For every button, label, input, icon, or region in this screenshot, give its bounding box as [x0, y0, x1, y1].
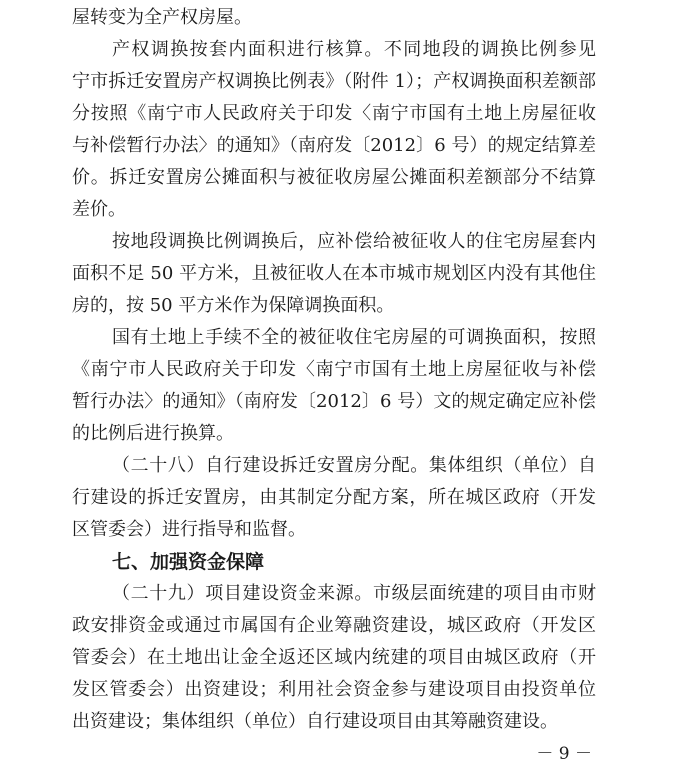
- text-line: 与补偿暂行办法〉的通知》（南府发〔2012〕6 号）的规定结算差: [72, 130, 596, 162]
- text-line: 产权调换按套内面积进行核算。不同地段的调换比例参见《南: [72, 34, 596, 66]
- text-line: 分按照《南宁市人民政府关于印发〈南宁市国有土地上房屋征收: [72, 98, 596, 130]
- text-line: 《南宁市人民政府关于印发〈南宁市国有土地上房屋征收与补偿: [72, 354, 596, 386]
- text-line: 管委会）在土地出让金全返还区域内统建的项目由城区政府（开: [72, 642, 596, 674]
- text-line: 按地段调换比例调换后，应补偿给被征收人的住宅房屋套内: [72, 226, 596, 258]
- text-line: 差价。: [72, 194, 596, 226]
- text-line: 政安排资金或通过市属国有企业筹融资建设，城区政府（开发区: [72, 610, 596, 642]
- text-line: 发区管委会）出资建设；利用社会资金参与建设项目由投资单位: [72, 674, 596, 706]
- text-line: 的比例后进行换算。: [72, 418, 596, 450]
- text-line: 暂行办法〉的通知》（南府发〔2012〕6 号）文的规定确定应补偿: [72, 386, 596, 418]
- section-heading: 七、加强资金保障: [72, 546, 596, 578]
- text-line: 行建设的拆迁安置房，由其制定分配方案，所在城区政府（开发: [72, 482, 596, 514]
- document-body: 屋转变为全产权房屋。产权调换按套内面积进行核算。不同地段的调换比例参见《南宁市拆…: [72, 2, 596, 738]
- document-page: 屋转变为全产权房屋。产权调换按套内面积进行核算。不同地段的调换比例参见《南宁市拆…: [0, 0, 596, 768]
- page-number: － 9 －: [72, 740, 596, 768]
- text-line: 房的，按 50 平方米作为保障调换面积。: [72, 290, 596, 322]
- text-line: （二十八）自行建设拆迁安置房分配。集体组织（单位）自: [72, 450, 596, 482]
- text-line: （二十九）项目建设资金来源。市级层面统建的项目由市财: [72, 578, 596, 610]
- text-line: 面积不足 50 平方米，且被征收人在本市城市规划区内没有其他住: [72, 258, 596, 290]
- text-line: 国有土地上手续不全的被征收住宅房屋的可调换面积，按照: [72, 322, 596, 354]
- text-line: 出资建设；集体组织（单位）自行建设项目由其筹融资建设。: [72, 706, 596, 738]
- text-line: 价。拆迁安置房公摊面积与被征收房屋公摊面积差额部分不结算: [72, 162, 596, 194]
- text-line: 宁市拆迁安置房产权调换比例表》（附件 1）；产权调换面积差额部: [72, 66, 596, 98]
- text-line: 屋转变为全产权房屋。: [72, 2, 596, 34]
- text-line: 区管委会）进行指导和监督。: [72, 514, 596, 546]
